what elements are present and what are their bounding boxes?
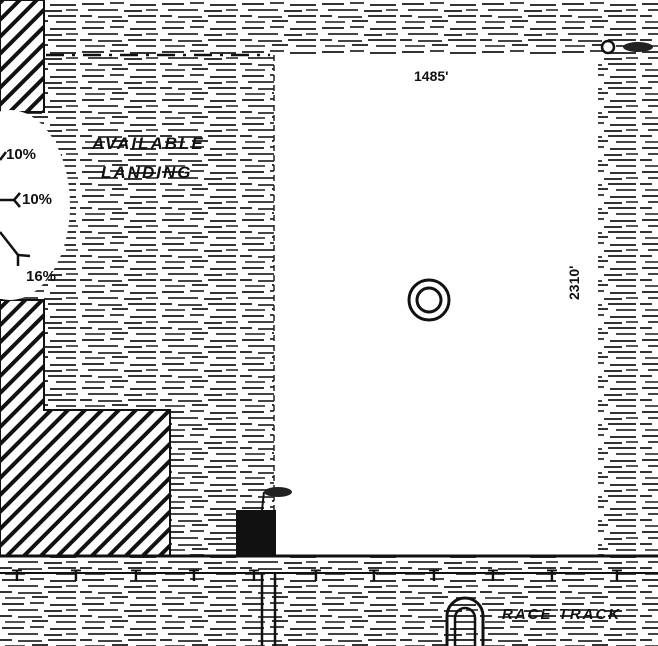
race-track-label: RACE TRACK [502, 606, 621, 623]
telephone-pole-marker: T [488, 566, 499, 585]
telephone-pole-marker: T [189, 566, 200, 585]
telephone-pole-marker: T [369, 566, 380, 585]
airport-map: TTTTTTTTTTT [0, 0, 658, 646]
telephone-pole-marker: T [71, 566, 82, 585]
available-landing-line1: AVAILABLE [92, 134, 205, 154]
field-length-label: 2310' [566, 266, 582, 300]
obstruction-shape-icon [623, 42, 653, 52]
telephone-pole-marker: T [612, 566, 623, 585]
telephone-pole-marker: T [547, 566, 558, 585]
restricted-area-hatched [0, 0, 44, 112]
telephone-pole-marker: T [249, 566, 260, 585]
hangar-building [236, 510, 276, 556]
available-landing-line2: LANDING [101, 163, 192, 183]
landing-field [274, 55, 598, 555]
wind-rose-label-upper: 10% [6, 146, 36, 163]
obstruction-marker-icon [602, 41, 614, 53]
telephone-pole-marker: T [429, 566, 440, 585]
telephone-pole-marker: T [311, 566, 322, 585]
wind-rose-label-west: 10% [22, 191, 52, 208]
wind-rose-label-lower: 16% [26, 268, 56, 285]
windsock-icon [264, 487, 292, 497]
field-width-label: 1485' [414, 68, 448, 84]
telephone-pole-marker: T [12, 566, 23, 585]
telephone-pole-marker: T [131, 566, 142, 585]
